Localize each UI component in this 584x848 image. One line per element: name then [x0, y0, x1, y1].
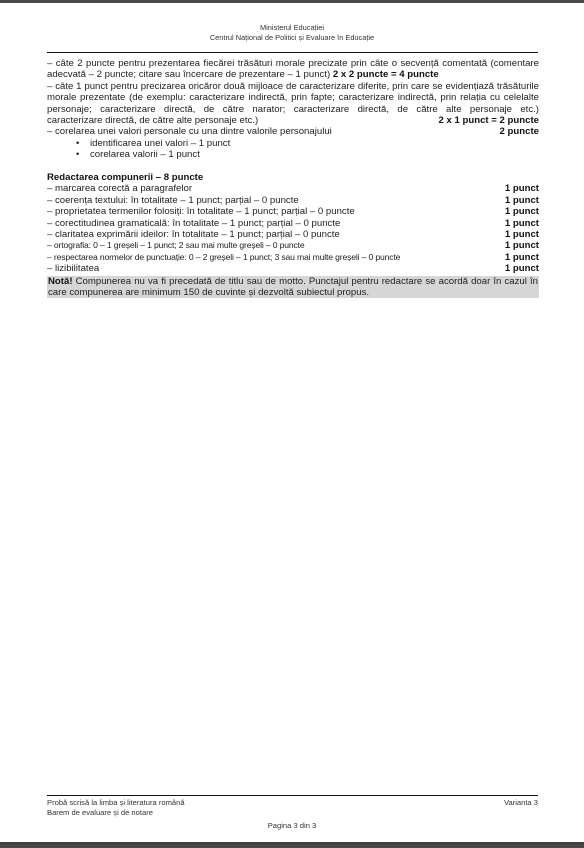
note-label: Notă! [48, 276, 73, 287]
note-text: Compunerea nu va fi precedată de titlu s… [48, 276, 538, 298]
writing-criterion: – corectitudinea gramaticală: în totalit… [47, 218, 539, 229]
writing-criterion: – respectarea normelor de punctuație: 0 … [47, 252, 539, 263]
sub-criterion: •corelarea valorii – 1 punct [76, 149, 539, 160]
writing-criterion: – claritatea exprimării ideilor: în tota… [47, 229, 539, 240]
writing-criterion: – ortografia: 0 – 1 greșeli – 1 punct; 2… [47, 240, 539, 251]
header-center: Centrul Național de Politici și Evaluare… [0, 33, 584, 43]
document-body: – câte 2 puncte pentru prezentarea fiecă… [47, 58, 539, 298]
writing-criterion: – lizibilitatea1 punct [47, 263, 539, 274]
writing-criterion: – marcarea corectă a paragrafelor1 punct [47, 183, 539, 194]
bullet-icon: • [76, 149, 79, 160]
footer-doc-type: Barem de evaluare și de notare [47, 808, 185, 818]
note-box: Notă! Compunerea nu va fi precedată de t… [47, 276, 539, 299]
page-header: Ministerul Educației Centrul Național de… [0, 23, 584, 42]
writing-criterion: – proprietatea termenilor folosiți: în t… [47, 206, 539, 217]
footer-exam-title: Probă scrisă la limba și literatura româ… [47, 798, 185, 808]
criterion-characterization-means: – câte 1 punct pentru precizarea oricăro… [47, 81, 539, 127]
viewer-top-bar [0, 0, 584, 3]
section-title: Redactarea compunerii – 8 puncte [47, 172, 539, 183]
writing-criterion: – coerența textului: în totalitate – 1 p… [47, 195, 539, 206]
criterion-points: 2 puncte [494, 126, 539, 137]
footer-divider [47, 795, 538, 796]
footer-variant: Varianta 3 [504, 798, 538, 808]
sub-criterion: •identificarea unei valori – 1 punct [76, 138, 539, 149]
viewer-bottom-bar [0, 842, 584, 848]
header-divider [47, 52, 538, 53]
criterion-points: 2 x 1 punct = 2 puncte [433, 115, 540, 126]
header-ministry: Ministerul Educației [0, 23, 584, 33]
sub-criteria-list: •identificarea unei valori – 1 punct •co… [47, 138, 539, 161]
writing-criteria-list: – marcarea corectă a paragrafelor1 punct… [47, 183, 539, 274]
criterion-points: 2 x 2 puncte = 4 puncte [333, 69, 439, 80]
footer-left: Probă scrisă la limba și literatura româ… [47, 798, 185, 818]
criterion-personal-values: – corelarea unei valori personale cu una… [47, 126, 539, 160]
bullet-icon: • [76, 138, 79, 149]
criterion-moral-traits: – câte 2 puncte pentru prezentarea fiecă… [47, 58, 539, 81]
page-number: Pagina 3 din 3 [0, 821, 584, 830]
